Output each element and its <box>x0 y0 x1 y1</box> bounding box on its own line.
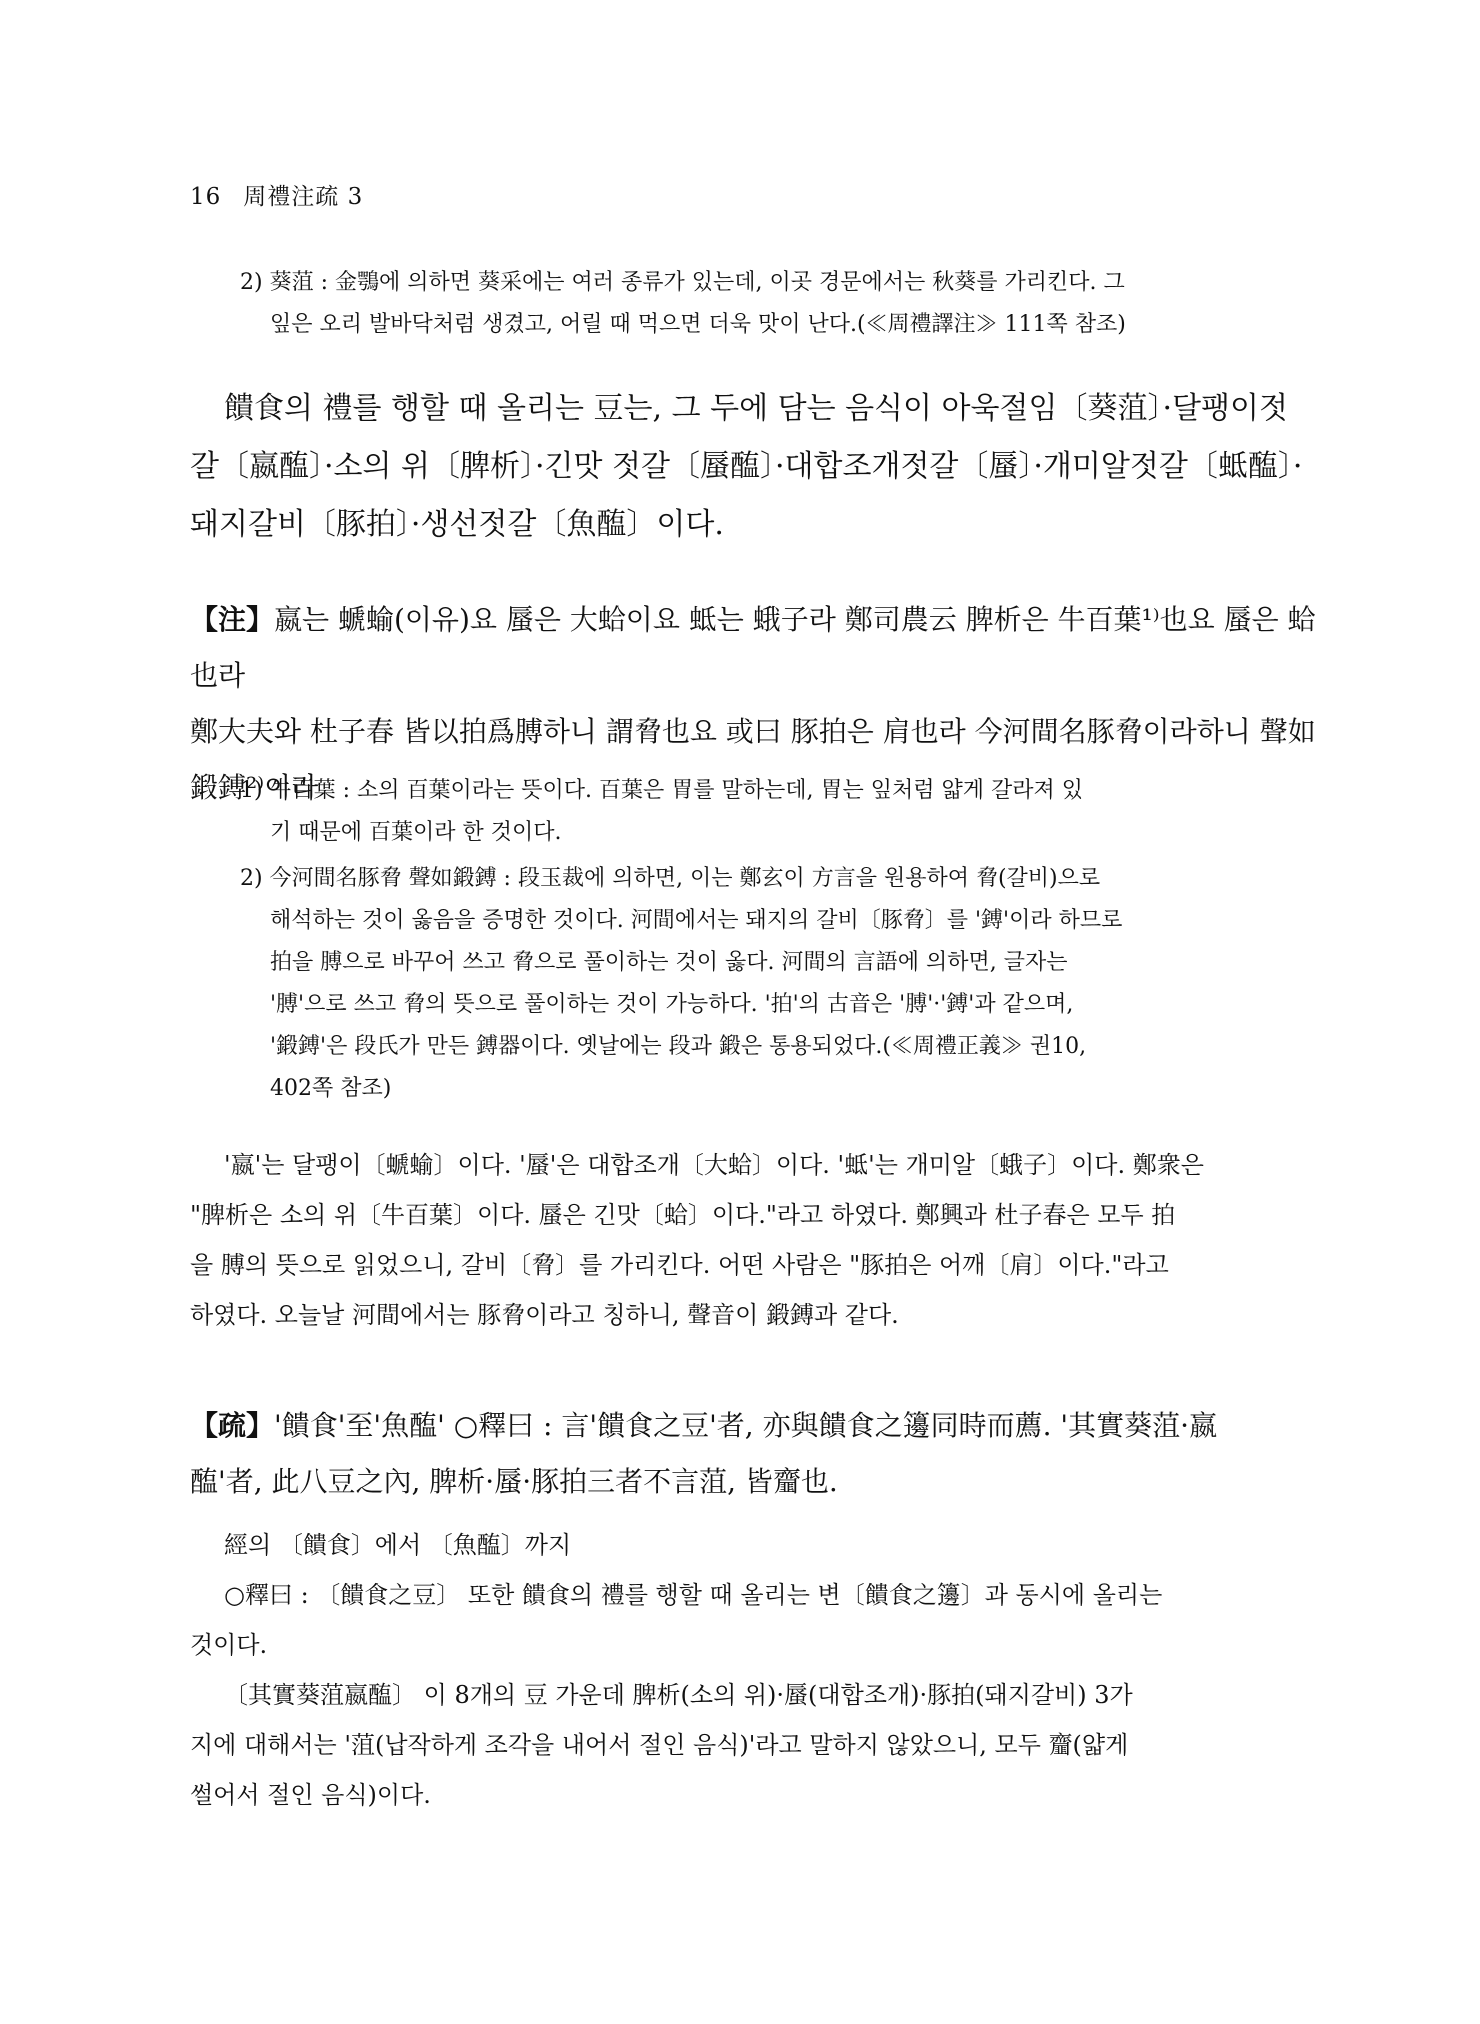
zhu-tag: 【注】 <box>190 603 274 636</box>
translation-shu: 經의 〔饋食〕에서 〔魚醢〕까지 ○釋曰 : 〔饋食之豆〕 또한 饋食의 禮를 … <box>190 1520 1320 1820</box>
commentary-line: 鄭大夫와 杜子春 皆以拍爲膊하니 謂脅也요 或曰 豚拍은 肩也라 今河間名豚脅이… <box>190 704 1320 760</box>
footnote-2: 2) 今河間名豚脅 聲如鍛鎛 : 段玉裁에 의하면, 이는 鄭玄이 方言을 원용… <box>240 858 1320 1110</box>
commentary-line: 醢'者, 此八豆之內, 脾析·蜃·豚拍三者不言菹, 皆齏也. <box>190 1454 1320 1510</box>
footnote-line: 잎은 오리 발바닥처럼 생겼고, 어릴 때 먹으면 더욱 맛이 난다.(≪周禮譯… <box>240 304 1320 346</box>
page-number: 16 <box>190 184 221 210</box>
commentary-line: 【注】嬴는 螔蝓(이유)요 蜃은 大蛤이요 蚳는 蛾子라 鄭司農云 脾析은 牛百… <box>190 592 1320 704</box>
commentary-shu: 【疏】'饋食'至'魚醢' ○釋曰 : 言'饋食之豆'者, 亦與饋食之籩同時而薦.… <box>190 1398 1320 1510</box>
book-title: 周禮注疏 3 <box>243 184 363 210</box>
classic-line: 갈〔嬴醢〕·소의 위〔脾析〕·긴맛 젓갈〔蜃醢〕·대합조개젓갈〔蜃〕·개미알젓갈… <box>190 438 1320 496</box>
shu-tag: 【疏】 <box>190 1409 274 1442</box>
footnotes: 1) 牛百葉 : 소의 百葉이라는 뜻이다. 百葉은 胃를 말하는데, 胃는 잎… <box>240 770 1320 1110</box>
footnote-line: 2) 葵菹 : 金鶚에 의하면 葵采에는 여러 종류가 있는데, 이곳 경문에서… <box>240 262 1320 304</box>
classic-line: 饋食의 禮를 행할 때 올리는 豆는, 그 두에 담는 음식이 아욱절임〔葵菹〕… <box>190 380 1320 438</box>
classic-text: 饋食의 禮를 행할 때 올리는 豆는, 그 두에 담는 음식이 아욱절임〔葵菹〕… <box>190 380 1320 554</box>
translation-zhu: '嬴'는 달팽이〔螔蝓〕이다. '蜃'은 대합조개〔大蛤〕이다. '蚳'는 개미… <box>190 1140 1320 1340</box>
classic-line: 돼지갈비〔豚拍〕·생선젓갈〔魚醢〕이다. <box>190 496 1320 554</box>
footnote-1: 1) 牛百葉 : 소의 百葉이라는 뜻이다. 百葉은 胃를 말하는데, 胃는 잎… <box>240 770 1320 854</box>
running-header: 16周禮注疏 3 <box>190 178 363 211</box>
top-footnote: 2) 葵菹 : 金鶚에 의하면 葵采에는 여러 종류가 있는데, 이곳 경문에서… <box>240 262 1320 346</box>
commentary-line: 【疏】'饋食'至'魚醢' ○釋曰 : 言'饋食之豆'者, 亦與饋食之籩同時而薦.… <box>190 1398 1320 1454</box>
